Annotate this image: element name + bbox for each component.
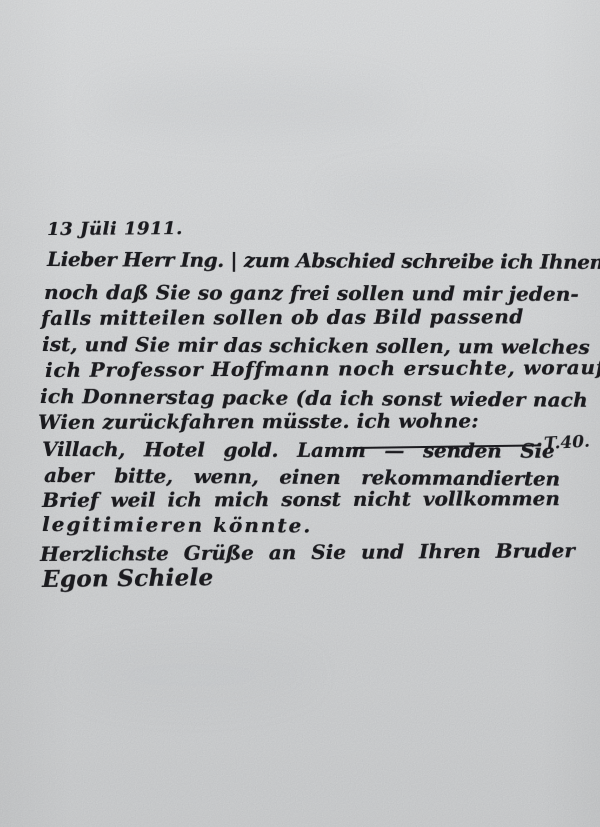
letter-date-line: 13 Jüli 1911. [47,218,183,240]
paper-smudge [320,170,500,220]
scanned-letter-page: 13 Jüli 1911. Lieber Herr Ing. | zum Abs… [0,0,600,827]
handwritten-line: Lieber Herr Ing. | zum Abschied schreibe… [47,247,600,274]
handwritten-line: Villach, Hotel gold. Lamm — senden Sie [42,437,554,463]
handwritten-line: Brief weil ich mich sonst nicht vollkomm… [42,486,560,512]
handwritten-line: noch daß Sie so ganz frei sollen und mir… [44,280,579,306]
plate-number-annotation: T.40. [544,432,591,454]
paper-smudge [90,75,410,135]
handwritten-line: legitimieren könnte. [42,512,312,537]
handwritten-line: ich Professor Hoffmann noch ersuchte, wo… [45,355,600,382]
signature: Egon Schiele [42,564,214,593]
handwritten-line: ich Donnerstag packe (da ich sonst wiede… [40,384,588,412]
handwritten-line: falls mitteilen sollen ob das Bild passe… [41,304,524,330]
paper-smudge [60,640,320,710]
handwritten-line: Wien zurückfahren müsste. ich wohne: [38,408,479,434]
closing-greeting-line: Herzlichste Grüße an Sie und Ihren Brude… [40,538,575,566]
